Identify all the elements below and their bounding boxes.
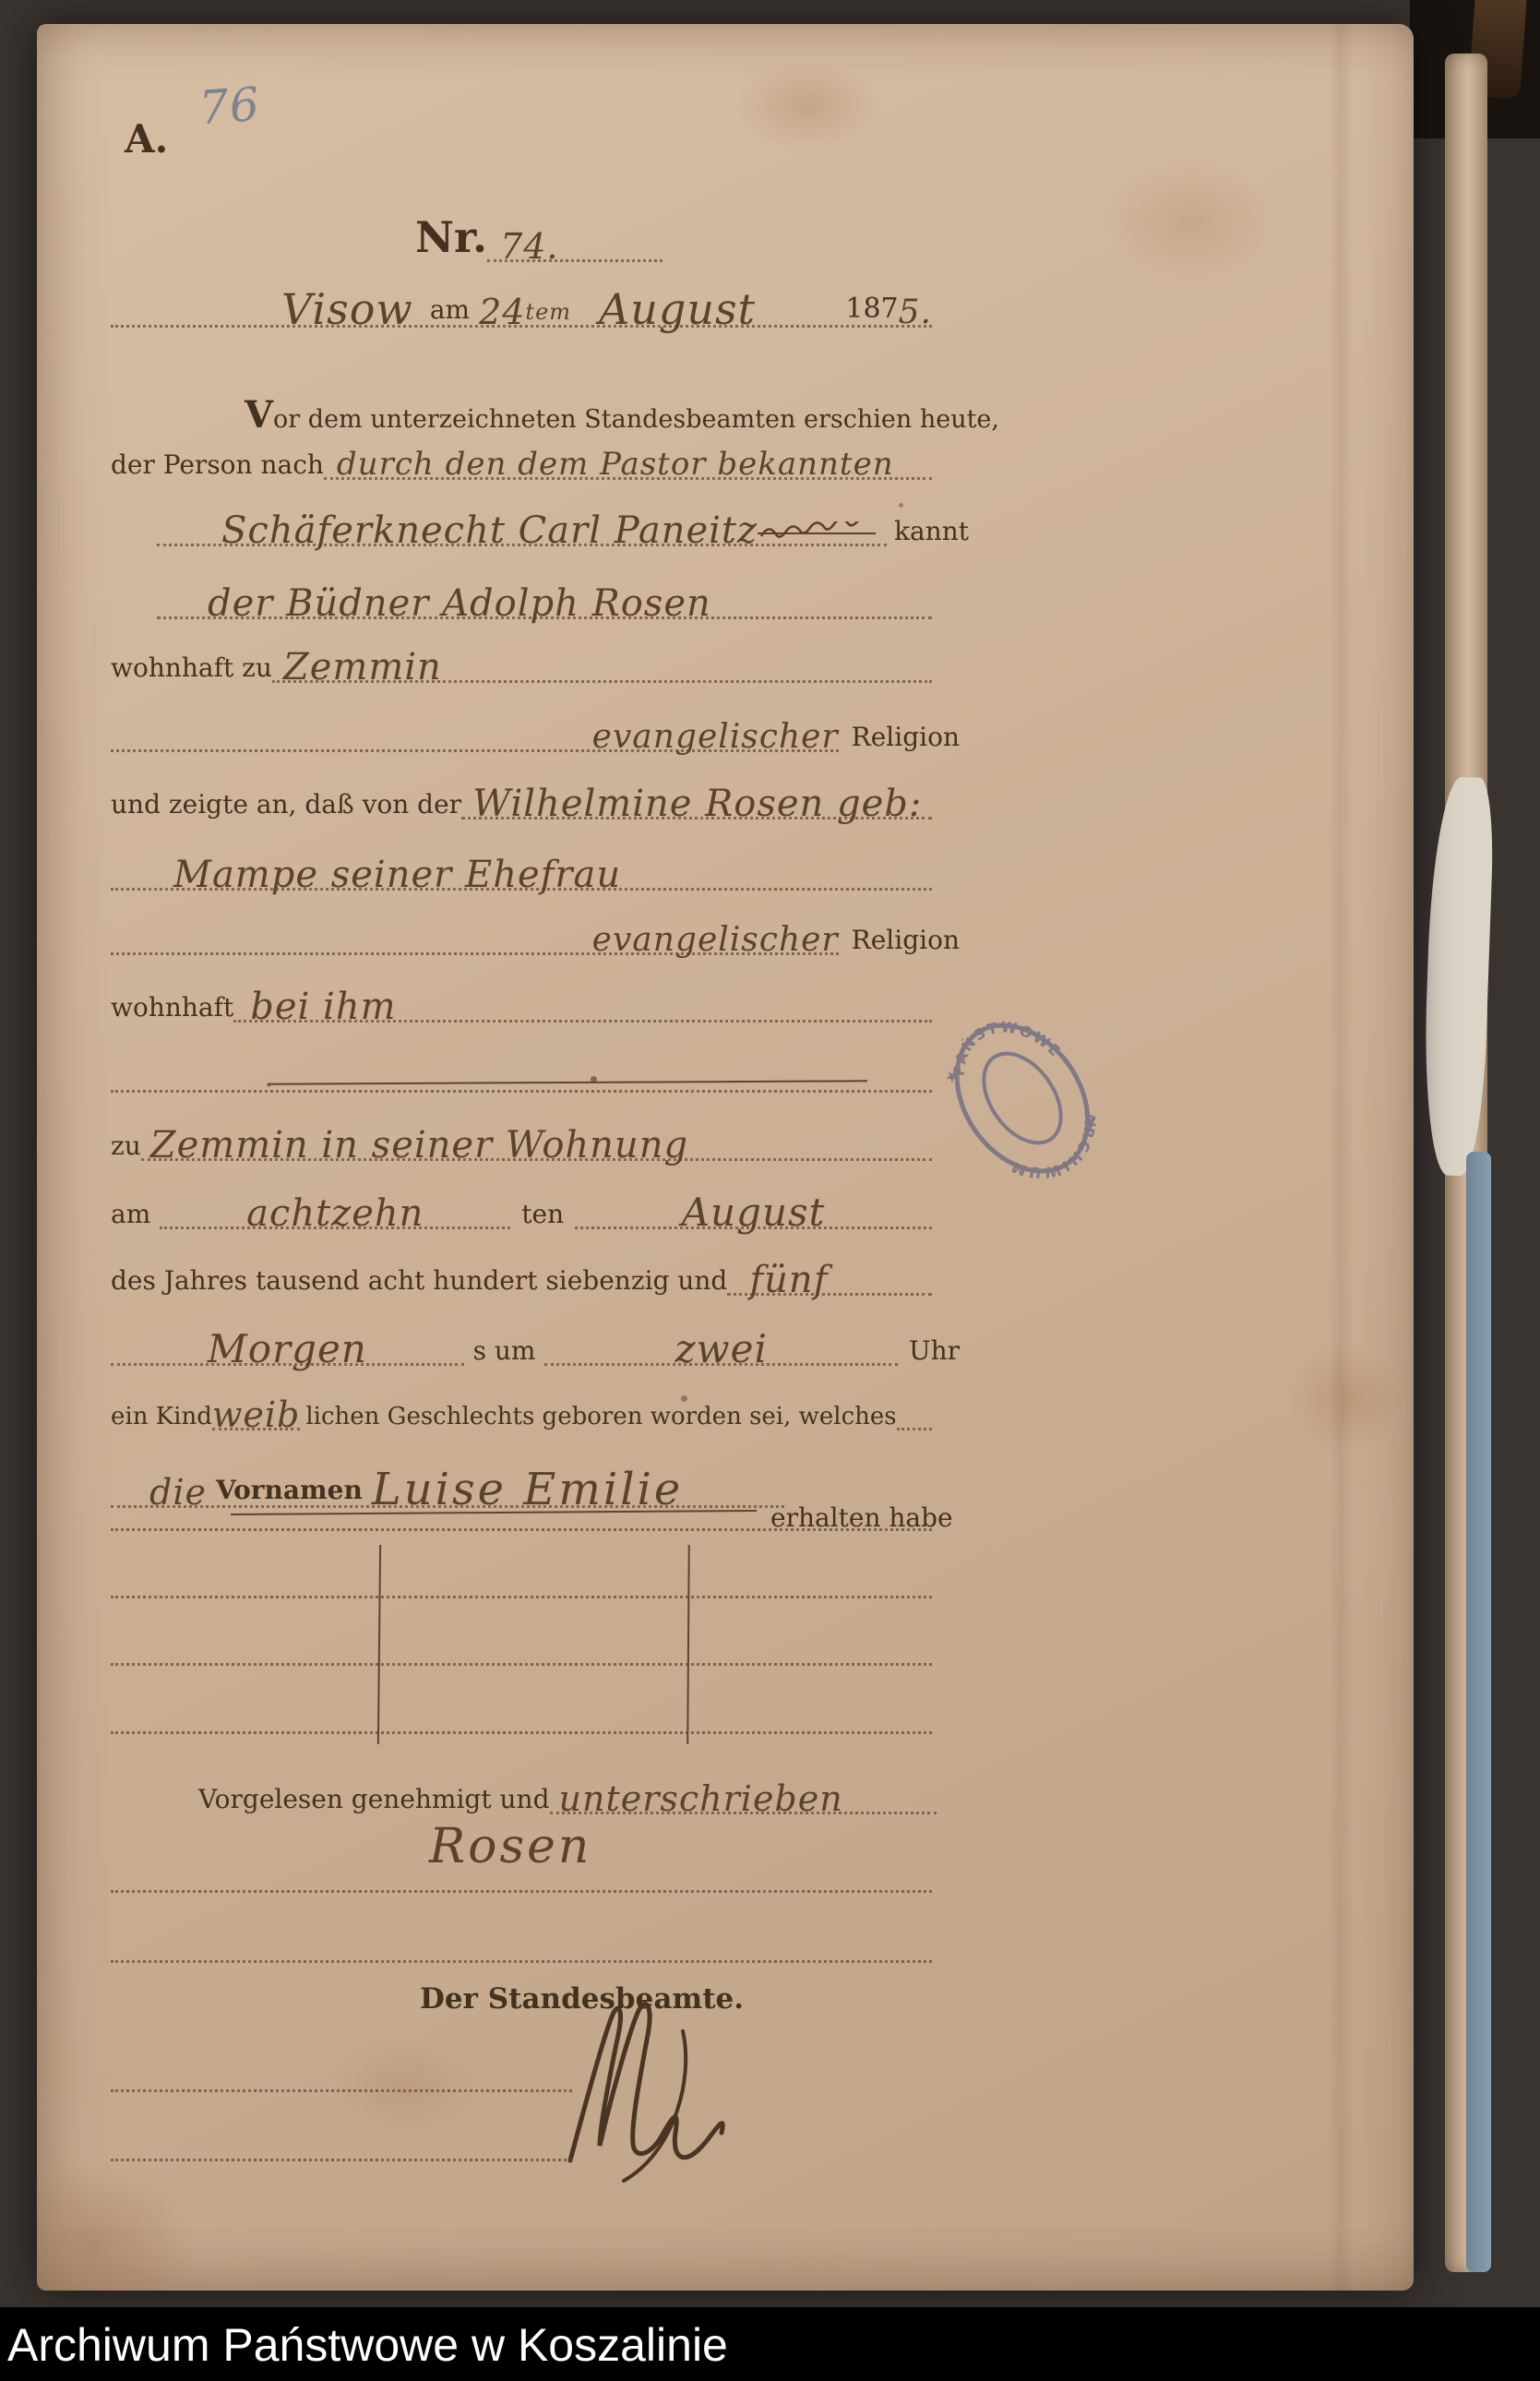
religion2-written: evangelischer [592, 921, 839, 959]
date-am-label: am [430, 294, 470, 325]
date-day: 24 [479, 292, 525, 332]
person-written: durch den dem Pastor bekannten [337, 446, 894, 483]
empty-rule-3 [111, 1731, 932, 1734]
time-hour-written: zwei [675, 1326, 768, 1371]
person-printed: der Person nach [111, 449, 324, 480]
birthdate-ten: ten [521, 1199, 564, 1229]
nr-label: Nr. [415, 212, 487, 262]
declarant-printed-suffix: kannt [894, 516, 969, 546]
struck-scrawl [758, 521, 877, 545]
closing-printed: Vorgelesen genehmigt und [198, 1784, 550, 1814]
religion1-written: evangelischer [592, 718, 839, 756]
residence-written: Zemmin [283, 646, 442, 688]
names-article-written: die [149, 1472, 207, 1513]
bottom-rule-1 [111, 2089, 572, 2092]
residence2-printed: wohnhaft [111, 992, 233, 1023]
birthplace-printed: zu [111, 1131, 141, 1161]
ink-specks [37, 24, 40, 27]
stamp-top-text: PAŃSTWOWE [944, 1001, 1067, 1114]
year-printed: des Jahres tausend acht hundert siebenzi… [111, 1265, 727, 1296]
cancel-vertical-1 [377, 1545, 381, 1744]
pencil-page-number: 76 [197, 78, 262, 135]
bottom-rule-2 [111, 2159, 572, 2161]
religion2-printed: Religion [852, 925, 960, 955]
nr-value: 74. [500, 226, 558, 267]
archive-stamp: PAŃSTWOWE ARCHIWUM ★ ★ [944, 1001, 1101, 1195]
religion1-printed: Religion [852, 722, 960, 752]
birthdate-day-written: achtzehn [246, 1192, 424, 1235]
birthdate-month-written: August [682, 1190, 826, 1235]
residence-printed: wohnhaft zu [111, 652, 272, 683]
mother-written: Wilhelmine Rosen geb: [472, 783, 922, 825]
signature-rule [111, 1890, 932, 1893]
child-lead-printed: ein Kind [111, 1403, 212, 1430]
empty-rule-1 [111, 1596, 932, 1598]
time-period-written: Morgen [208, 1326, 367, 1371]
blank-rule [111, 1090, 932, 1093]
residence2-written: bei ihm [250, 986, 396, 1028]
time-uhr-printed: Uhr [909, 1335, 960, 1366]
rule-full [111, 1528, 932, 1531]
date-month: August [599, 284, 756, 334]
child-rest-printed: lichen Geschlechts geboren worden sei, w… [305, 1403, 896, 1430]
child-sex-written: weib [212, 1394, 301, 1435]
empty-rule-2 [111, 1663, 932, 1666]
cancel-vertical-2 [686, 1545, 690, 1744]
names-vornamen-printed: Vornamen [216, 1475, 363, 1505]
cancel-stroke [268, 1080, 867, 1084]
closing-written: unterschrieben [559, 1778, 843, 1819]
date-line: Visow am 24 tem August 187 5. [111, 271, 932, 328]
time-mid-printed: s um [473, 1335, 536, 1366]
birthdate-am: am [111, 1199, 150, 1229]
svg-text:PAŃSTWOWE: PAŃSTWOWE [944, 1001, 1067, 1114]
names-written: Luise Emilie [372, 1464, 683, 1515]
archive-caption-bar: Archiwum Państwowe w Koszalinie [0, 2307, 1540, 2381]
mother2-written: Mampe seiner Ehefrau [173, 854, 621, 896]
date-place: Visow [281, 284, 413, 334]
date-year-written: 5. [899, 293, 932, 331]
birthplace-written: Zemmin in seiner Wohnung [150, 1124, 688, 1167]
archive-caption: Archiwum Państwowe w Koszalinie [7, 2318, 728, 2372]
registry-page: A. 76 Nr. 74. Visow am 24 tem August 187… [37, 24, 1414, 2291]
scan-photo: A. 76 Nr. 74. Visow am 24 tem August 187… [0, 0, 1540, 2381]
declarant2-written: der Büdner Adolph Rosen [208, 582, 711, 625]
registrar-signature [544, 1994, 766, 2188]
form-letter-a: A. [125, 116, 168, 162]
rule-above-registrar [111, 1960, 932, 1963]
mother-printed: und zeigte an, daß von der [111, 789, 461, 820]
witness-signature: Rosen [429, 1819, 591, 1874]
declarant-written: Schäferknecht Carl Paneitz [221, 509, 758, 552]
blue-cover-edge [1466, 1152, 1491, 2272]
year-written: fünf [749, 1259, 828, 1301]
date-day-suffix: tem [525, 299, 571, 325]
date-year-printed: 187 [845, 293, 898, 325]
